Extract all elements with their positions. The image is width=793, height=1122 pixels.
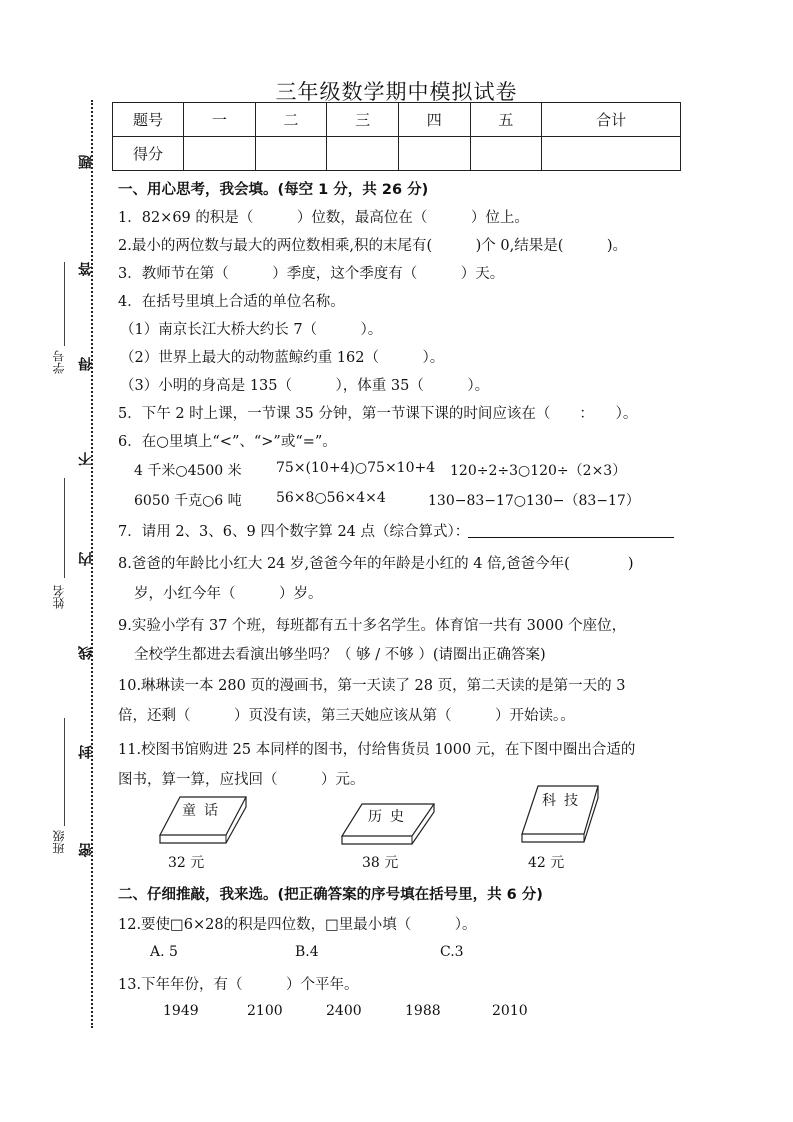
seal-char: 得 <box>76 357 96 371</box>
year-value: 1988 <box>405 1003 441 1019</box>
seal-char: 题 <box>76 155 96 169</box>
compare-expr: 56×8○56×4×4 <box>276 490 386 506</box>
score-table-header-row: 题号 一 二 三 四 五 合计 <box>113 103 681 137</box>
header-cell: 合计 <box>542 103 681 137</box>
question-12: 12.要使□6×28的积是四位数，□里最小填（ ）。 <box>118 913 477 934</box>
question-5: 5．下午 2 时上课，一节课 35 分钟，第一节课下课的时间应该在（ ： ）。 <box>118 402 637 423</box>
question-7: 7．请用 2、3、6、9 四个数字算 24 点（综合算式）： <box>118 520 469 541</box>
question-1: 1．82×69 的积是（ ）位数，最高位在（ ）位上。 <box>118 206 529 227</box>
score-cell[interactable] <box>542 137 681 171</box>
option-c[interactable]: C.3 <box>440 944 464 960</box>
question-3: 3．教师节在第（ ）季度，这个季度有（ ）天。 <box>118 262 504 283</box>
option-b[interactable]: B.4 <box>295 944 319 960</box>
seal-char: 内 <box>76 552 96 566</box>
header-cell: 题号 <box>113 103 184 137</box>
compare-expr: 75×(10+4)○75×10+4 <box>276 460 435 476</box>
header-cell: 二 <box>255 103 327 137</box>
compare-expr: 6050 千克○6 吨 <box>134 490 242 510</box>
question-10-line-2: 倍，还剩（ ）页没有读，第三天她应该从第（ ）开始读。。 <box>118 704 575 725</box>
student-id-field[interactable] <box>64 262 65 346</box>
section-heading-2: 二、仔细推敲，我来选。(把正确答案的序号填在括号里，共 6 分) <box>118 883 543 904</box>
seal-char: 不 <box>76 452 96 466</box>
book-price: 38 元 <box>362 852 398 872</box>
score-cell[interactable] <box>255 137 327 171</box>
score-cell[interactable] <box>470 137 542 171</box>
seal-char: 密 <box>76 843 96 857</box>
year-value: 2400 <box>326 1003 362 1019</box>
header-cell: 三 <box>327 103 399 137</box>
name-field[interactable] <box>64 478 65 578</box>
book-label: 童话 <box>182 800 226 820</box>
question-13: 13.下年年份，有（ ）个平年。 <box>118 973 359 994</box>
section-heading-1: 一、用心思考，我会填。(每空 1 分，共 26 分) <box>118 178 428 199</box>
student-id-label: 学号 <box>50 350 67 374</box>
question-4: 4．在括号里填上合适的单位名称。 <box>118 290 345 311</box>
question-8-line-2: 岁，小红今年（ ）岁。 <box>134 582 323 603</box>
class-field[interactable] <box>64 718 65 826</box>
class-label: 班级 <box>50 830 67 854</box>
header-cell: 四 <box>398 103 470 137</box>
seal-char: 线 <box>76 646 96 660</box>
question-4-2: （2）世界上最大的动物蓝鲸约重 162（ ）。 <box>120 346 444 367</box>
year-value: 2010 <box>492 1003 528 1019</box>
question-9-line-1: 9.实验小学有 37 个班，每班都有五十多名学生。体育馆一共有 3000 个座位… <box>118 614 626 635</box>
book-label: 科技 <box>542 790 586 810</box>
seal-char: 封 <box>76 745 96 759</box>
answer-blank-q7[interactable] <box>468 537 674 538</box>
question-4-3: （3）小明的身高是 135（ ），体重 35（ ）。 <box>120 374 489 395</box>
question-11-line-2: 图书，算一算，应找回（ ）元。 <box>118 768 365 789</box>
question-2: 2.最小的两位数与最大的两位数相乘,积的末尾有( )个 0,结果是( )。 <box>118 234 627 255</box>
compare-expr: 4 千米○4500 米 <box>134 460 242 480</box>
book-price: 42 元 <box>528 852 564 872</box>
book-price: 32 元 <box>168 852 204 872</box>
score-table: 题号 一 二 三 四 五 合计 得分 <box>112 102 681 171</box>
name-label: 姓名 <box>50 585 67 609</box>
score-row-label: 得分 <box>113 137 184 171</box>
header-cell: 一 <box>184 103 256 137</box>
year-value: 2100 <box>247 1003 283 1019</box>
score-cell[interactable] <box>184 137 256 171</box>
year-value: 1949 <box>163 1003 199 1019</box>
score-cell[interactable] <box>398 137 470 171</box>
header-cell: 五 <box>470 103 542 137</box>
compare-expr: 130−83−17○130−（83−17） <box>428 490 640 510</box>
question-6: 6．在○里填上“<”、“>”或“=”。 <box>118 430 337 451</box>
score-table-score-row: 得分 <box>113 137 681 171</box>
question-10-line-1: 10.琳琳读一本 280 页的漫画书，第一天读了 28 页，第二天读的是第一天的… <box>118 674 625 695</box>
question-4-1: （1）南京长江大桥大约长 7（ ）。 <box>120 318 382 339</box>
book-label: 历史 <box>368 806 412 826</box>
question-9-line-2: 全校学生都进去看演出够坐吗？（ 够 / 不够 ）(请圈出正确答案) <box>134 643 546 664</box>
score-cell[interactable] <box>327 137 399 171</box>
option-a[interactable]: A. 5 <box>150 944 178 960</box>
seal-char: 答 <box>76 262 96 276</box>
question-11-line-1: 11.校图书馆购进 25 本同样的图书，付给售货员 1000 元，在下图中圈出合… <box>118 738 635 759</box>
question-8-line-1: 8.爸爸的年龄比小红大 24 岁,爸爸今年的年龄是小红的 4 倍,爸爸今年( ) <box>118 552 633 573</box>
compare-expr: 120÷2÷3○120÷（2×3） <box>450 460 626 480</box>
